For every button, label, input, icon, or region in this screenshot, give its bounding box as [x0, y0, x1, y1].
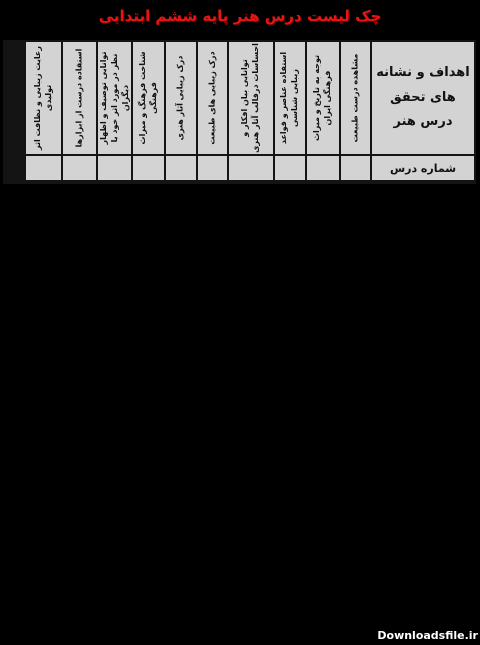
criteria-label: توانایی توصیف و اظهار نظر در مورد اثر خو… — [98, 43, 130, 153]
criteria-column: رعایت زیبایی و نظافت اثر تولیدی — [26, 42, 61, 182]
criteria-label: شناخت فرهنگ و میراث فرهنگی — [138, 43, 160, 153]
criteria-header-cell: مشاهده درست طبیعت — [341, 42, 370, 154]
criteria-column: مشاهده درست طبیعت — [339, 42, 370, 182]
criteria-column: درک زیبایی آثار هنری — [164, 42, 196, 182]
lesson-number-value-cell — [341, 154, 370, 180]
lesson-number-value-cell — [26, 154, 61, 180]
criteria-label: مشاهده درست طبیعت — [350, 43, 361, 153]
criteria-label: درک زیبایی های طبیعت — [207, 43, 218, 153]
criteria-header-cell: درک زیبایی های طبیعت — [198, 42, 227, 154]
checklist-table: اهداف و نشانه های تحقق درس هنر شماره درس… — [3, 40, 476, 184]
criteria-header-cell: استفاده درست از ابزارها — [63, 42, 96, 154]
criteria-column: استفاده عناصر و قواعد زیبایی شناسی — [273, 42, 305, 182]
criteria-label: استفاده درست از ابزارها — [74, 43, 85, 153]
lesson-number-value-cell — [307, 154, 339, 180]
criteria-label: رعایت زیبایی و نظافت اثر تولیدی — [33, 43, 55, 153]
criteria-label: توجه به تاریخ و میراث فرهنگی ایران — [312, 43, 334, 153]
criteria-label: درک زیبایی آثار هنری — [176, 43, 187, 153]
criteria-header-cell: توجه به تاریخ و میراث فرهنگی ایران — [307, 42, 339, 154]
criteria-header-cell: درک زیبایی آثار هنری — [166, 42, 196, 154]
lesson-number-value-cell — [275, 154, 305, 180]
lesson-number-value-cell — [133, 154, 164, 180]
criteria-column: شناخت فرهنگ و میراث فرهنگی — [131, 42, 164, 182]
lesson-number-value-cell — [63, 154, 96, 180]
lesson-number-value-cell — [229, 154, 273, 180]
lesson-number-value-cell — [166, 154, 196, 180]
lesson-number-cell: شماره درس — [372, 154, 474, 180]
goals-column: اهداف و نشانه های تحقق درس هنر شماره درس — [370, 42, 474, 182]
criteria-label: توانایی بیان افکار و احساسات درقالب آثار… — [240, 43, 262, 153]
criteria-column: توانایی بیان افکار و احساسات درقالب آثار… — [227, 42, 273, 182]
criteria-column: استفاده درست از ابزارها — [61, 42, 96, 182]
criteria-header-cell: شناخت فرهنگ و میراث فرهنگی — [133, 42, 164, 154]
criteria-label: استفاده عناصر و قواعد زیبایی شناسی — [279, 43, 301, 153]
lesson-number-value-cell — [198, 154, 227, 180]
watermark: Downloadsfile.ir — [377, 629, 478, 642]
goals-header-cell: اهداف و نشانه های تحقق درس هنر — [372, 42, 474, 154]
criteria-column: درک زیبایی های طبیعت — [196, 42, 227, 182]
criteria-header-cell: توانایی توصیف و اظهار نظر در مورد اثر خو… — [98, 42, 131, 154]
page-title: چک لیست درس هنر پایه ششم ابتدایی — [0, 7, 480, 25]
criteria-column: توانایی توصیف و اظهار نظر در مورد اثر خو… — [96, 42, 131, 182]
criteria-header-cell: رعایت زیبایی و نظافت اثر تولیدی — [26, 42, 61, 154]
lesson-number-value-cell — [98, 154, 131, 180]
criteria-header-cell: توانایی بیان افکار و احساسات درقالب آثار… — [229, 42, 273, 154]
criteria-column: توجه به تاریخ و میراث فرهنگی ایران — [305, 42, 339, 182]
criteria-header-cell: استفاده عناصر و قواعد زیبایی شناسی — [275, 42, 305, 154]
